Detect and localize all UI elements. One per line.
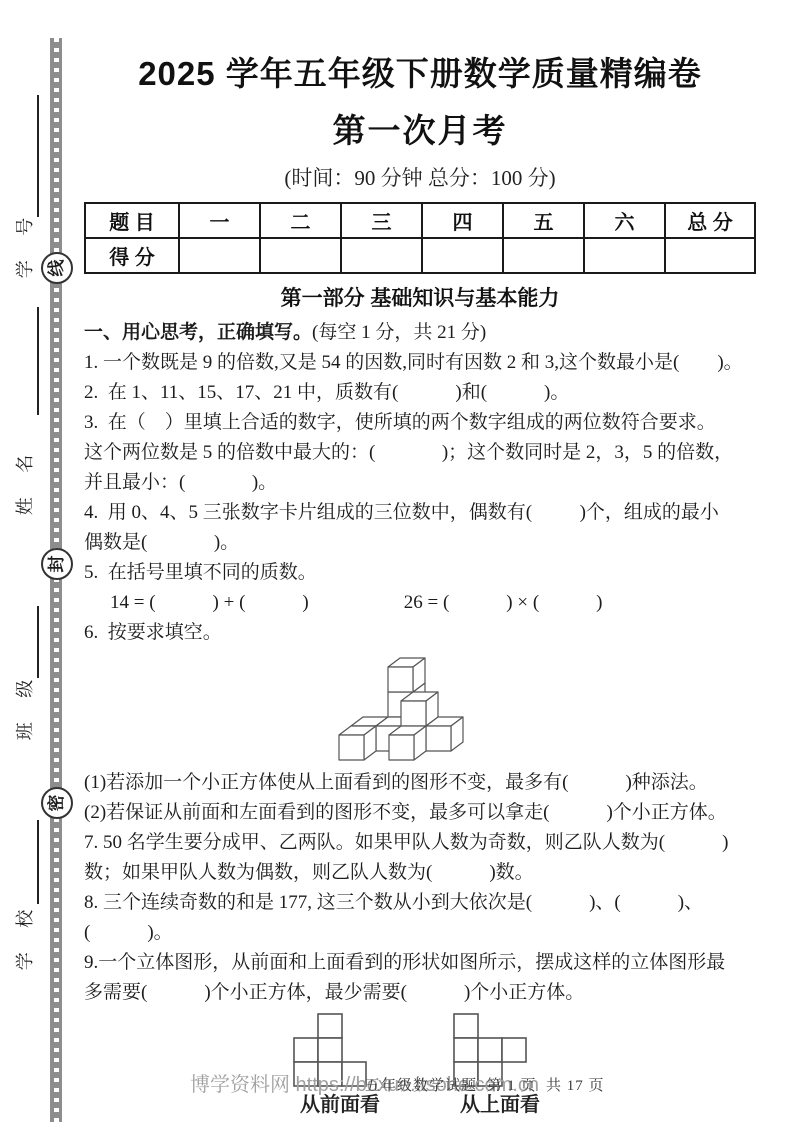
- score-empty-cell: [341, 238, 422, 273]
- seal-feng-char: 封: [43, 550, 71, 578]
- question-6-sub2: (2)若保证从前面和左面看到的图形不变，最多可以拿走( )个小正方体。: [84, 798, 756, 828]
- student-no-blank-line: [37, 95, 39, 217]
- question-3-line3: 并且最小：( )。: [84, 468, 756, 498]
- question-1: 1. 一个数既是 9 的倍数,又是 54 的因数,同时有因数 2 和 3,这个数…: [84, 348, 756, 378]
- front-view-figure: 从前面看: [292, 1012, 388, 1118]
- seal-line-circle: 线: [41, 252, 73, 284]
- question-9-line2: 多需要( )个小正方体，最少需要( )个小正方体。: [84, 978, 756, 1008]
- section1-note: (每空 1 分，共 21 分): [312, 322, 486, 343]
- score-row-label: 得 分: [85, 238, 179, 273]
- score-empty-cell: [260, 238, 341, 273]
- score-header-cell: 四: [422, 203, 503, 238]
- score-header-cell: 二: [260, 203, 341, 238]
- school-label: 学 校: [10, 898, 40, 972]
- question-7-line1: 7. 50 名学生要分成甲、乙两队。如果甲队人数为奇数，则乙队人数为( ): [84, 828, 756, 858]
- question-3-line1: 3. 在（ ）里填上合适的数字，使所填的两个数字组成的两位数符合要求。: [84, 408, 756, 438]
- name-blank-line: [37, 307, 39, 415]
- seal-mi-circle: 密: [41, 787, 73, 819]
- exam-title: 2025 学年五年级下册数学质量精编卷: [84, 48, 756, 95]
- score-header-cell: 一: [179, 203, 260, 238]
- question-6: 6. 按要求填空。: [84, 618, 756, 648]
- question-5-equations: 14 = ( ) + ( ) 26 = ( ) × ( ): [84, 588, 756, 618]
- seal-mi-char: 密: [43, 789, 71, 817]
- score-header-cell: 三: [341, 203, 422, 238]
- section1-title: 一、用心思考，正确填写。: [84, 322, 312, 343]
- section1-title-line: 一、用心思考，正确填写。(每空 1 分，共 21 分): [84, 318, 756, 348]
- score-header-cell: 六: [584, 203, 665, 238]
- perforation-dashes: [54, 38, 59, 1122]
- question-5-line1: 5. 在括号里填不同的质数。: [84, 558, 756, 588]
- score-empty-cell: [665, 238, 755, 273]
- page-number-footer: 五年级数学试题 第 1 页 共 17 页: [365, 1074, 605, 1095]
- question-2: 2. 在 1、11、15、17、21 中，质数有( )和( )。: [84, 378, 756, 408]
- projection-views-row: 从前面看 从上面看: [84, 1012, 756, 1118]
- part1-heading: 第一部分 基础知识与基本能力: [84, 282, 756, 312]
- score-table: 题 目 一 二 三 四 五 六 总 分 得 分: [84, 202, 756, 274]
- score-header-cell: 五: [503, 203, 584, 238]
- student-no-label: 学 号: [10, 206, 40, 280]
- school-blank-line: [37, 820, 39, 904]
- score-empty-cell: [584, 238, 665, 273]
- score-header-cell: 总 分: [665, 203, 755, 238]
- question-7-line2: 数；如果甲队人数为偶数，则乙队人数为( )数。: [84, 858, 756, 888]
- seal-feng-circle: 封: [41, 548, 73, 580]
- question-6-sub1: (1)若添加一个小正方体使从上面看到的图形不变，最多有( )种添法。: [84, 768, 756, 798]
- score-empty-cell: [179, 238, 260, 273]
- exam-meta: (时间：90 分钟 总分：100 分): [84, 162, 756, 192]
- exam-content: 2025 学年五年级下册数学质量精编卷 第一次月考 (时间：90 分钟 总分：1…: [84, 40, 756, 1118]
- seal-line-char: 线: [43, 254, 71, 282]
- question-4-line2: 偶数是( )。: [84, 528, 756, 558]
- question-4-line1: 4. 用 0、4、5 三张数字卡片组成的三位数中，偶数有( )个，组成的最小: [84, 498, 756, 528]
- question-9-line1: 9.一个立体图形，从前面和上面看到的形状如图所示，摆成这样的立体图形最: [84, 948, 756, 978]
- question-3-line2: 这个两位数是 5 的倍数中最大的：( )；这个数同时是 2，3，5 的倍数，: [84, 438, 756, 468]
- class-label: 班 级: [10, 668, 40, 742]
- score-table-score-row: 得 分: [85, 238, 755, 273]
- score-empty-cell: [503, 238, 584, 273]
- seal-perforation-band: [50, 38, 62, 1122]
- top-view-figure: 从上面看: [452, 1012, 548, 1118]
- exam-subtitle: 第一次月考: [84, 105, 756, 152]
- question-8-line1: 8. 三个连续奇数的和是 177, 这三个数从小到大依次是( )、( )、: [84, 888, 756, 918]
- score-table-header-row: 题 目 一 二 三 四 五 六 总 分: [85, 203, 755, 238]
- score-header-cell: 题 目: [85, 203, 179, 238]
- question-8-line2: ( )。: [84, 918, 756, 948]
- score-empty-cell: [422, 238, 503, 273]
- exam-paper-page: 学 号 姓 名 班 级 学 校 线 封 密 2025 学年五年级下册数学质量精编…: [0, 0, 793, 1122]
- name-label: 姓 名: [10, 443, 40, 517]
- cube-stack-figure: [84, 650, 756, 766]
- cube-stack-drawing: [305, 650, 535, 766]
